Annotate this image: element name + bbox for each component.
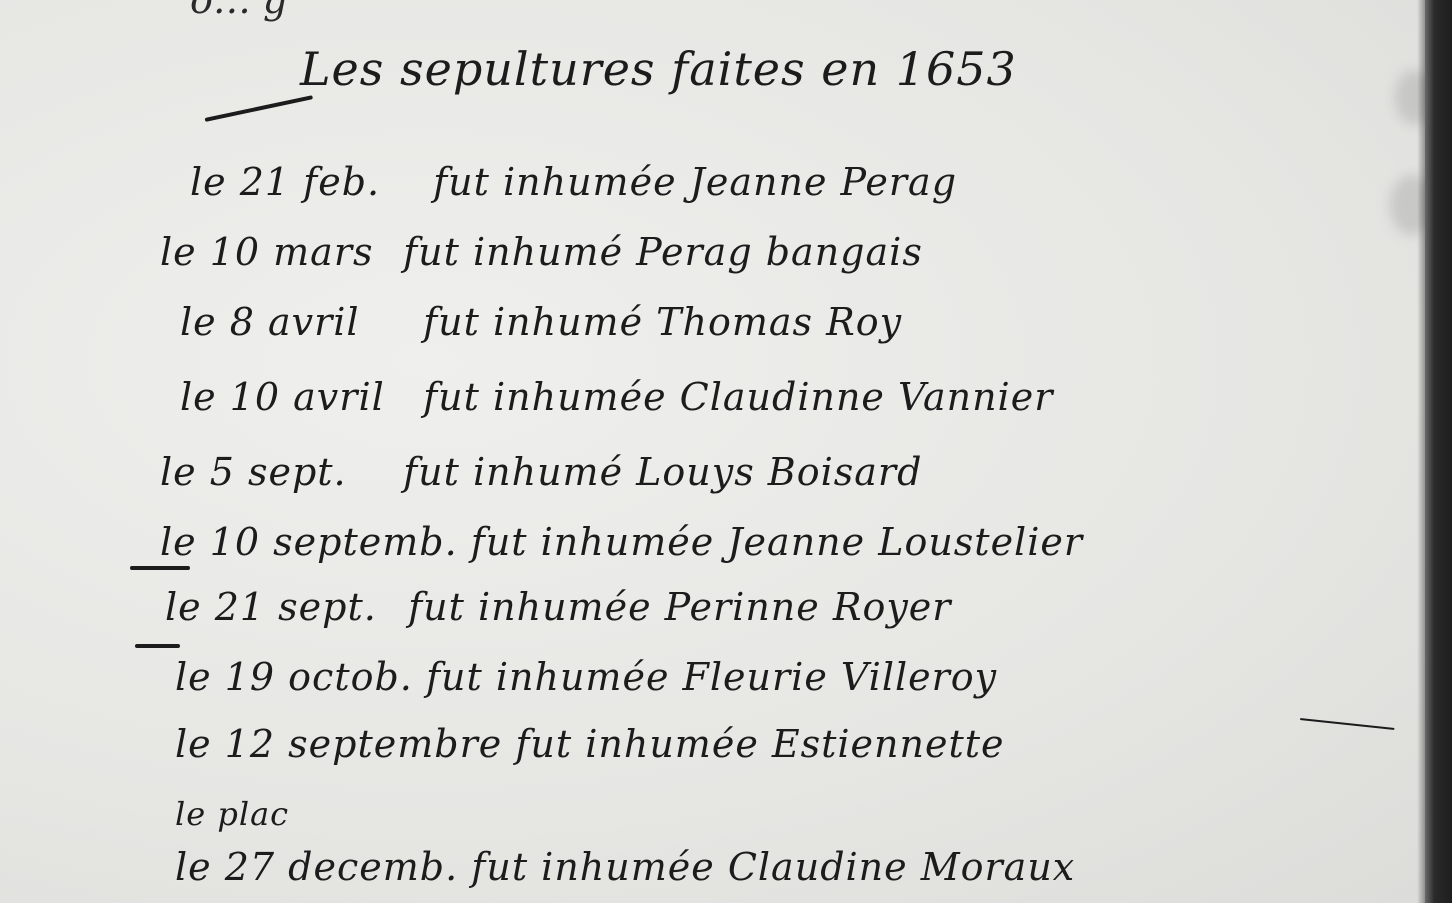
register-entry: le 19 octob. fut inhumée Fleurie Villero… [175,655,997,699]
register-entry: le 10 avril fut inhumée Claudinne Vannie… [180,375,1053,419]
entry-text: fut inhumée Jeanne Perag [433,160,957,204]
register-entry: le 10 mars fut inhumé Perag bangais [160,230,923,274]
entry-text: fut inhumé Thomas Roy [423,300,902,344]
entry-date: le 10 mars [160,230,390,274]
entry-date: le 21 feb. [190,160,420,204]
entry-text: fut inhumée Estiennette [515,722,1004,766]
register-entry: le 27 decemb. fut inhumée Claudine Morau… [175,845,1075,889]
entry-date: le 21 sept. [165,585,395,629]
entry-flourish [135,644,180,648]
entry-flourish [1300,718,1395,730]
top-fragment-text: o… g [190,0,287,22]
entry-date: le 5 sept. [160,450,390,494]
register-entry: le 12 septembre fut inhumée Estiennette [175,722,1005,766]
entry-date: le 27 decemb. [175,845,458,889]
entry-text: fut inhumée Claudine Moraux [471,845,1075,889]
entry-text: fut inhumée Claudinne Vannier [423,375,1053,419]
heading-flourish [205,95,313,122]
register-heading: Les sepultures faites en 1653 [300,42,1017,96]
entry-text: fut inhumée Perinne Royer [408,585,951,629]
register-entry: le 21 feb. fut inhumée Jeanne Perag [190,160,957,204]
manuscript-page: o… g Les sepultures faites en 1653 le 21… [0,0,1425,903]
entry-date: le 12 septembre [175,722,502,766]
entry-text: fut inhumé Perag bangais [403,230,923,274]
entry-text: fut inhumée Fleurie Villeroy [426,655,997,699]
entry-date: le plac [175,795,289,833]
register-entry: le 8 avril fut inhumé Thomas Roy [180,300,902,344]
binding-shadow [1417,0,1425,903]
entry-date: le 10 avril [180,375,410,419]
register-entry: le 5 sept. fut inhumé Louys Boisard [160,450,922,494]
entry-date: le 8 avril [180,300,410,344]
book-binding-gutter [1425,0,1452,903]
register-margin-note: le plac [175,795,289,833]
register-entry: le 21 sept. fut inhumée Perinne Royer [165,585,951,629]
entry-flourish [130,566,190,570]
register-entry: le 10 septemb. fut inhumée Jeanne Louste… [160,520,1083,564]
entry-date: le 19 octob. [175,655,413,699]
entry-date: le 10 septemb. [160,520,458,564]
entry-text: fut inhumée Jeanne Loustelier [471,520,1083,564]
entry-text: fut inhumé Louys Boisard [403,450,922,494]
